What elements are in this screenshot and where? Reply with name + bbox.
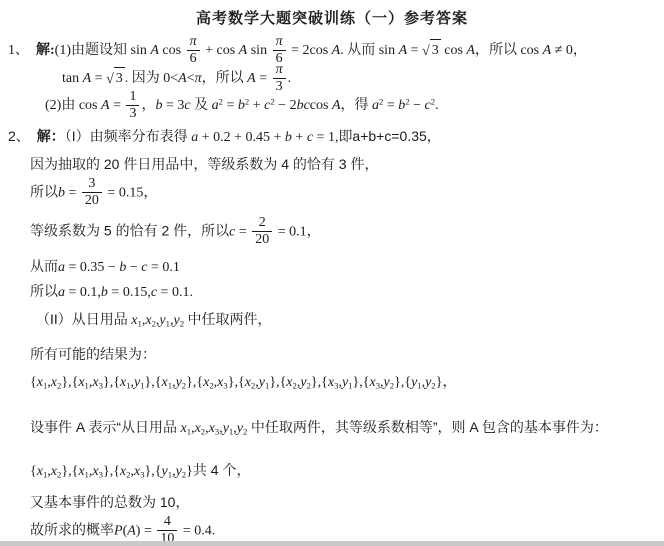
text-run: 中任取两件， [188, 311, 272, 327]
text-run: 共 4 个， [193, 462, 251, 478]
math-run: 20 [85, 193, 99, 208]
text-run: ， [573, 43, 587, 58]
text-line: 从而a = 0.35 − b − c = 0.1 [30, 256, 664, 278]
text-run: 设事件 A 表示“从日用品 [30, 419, 177, 435]
math-run: tan A = [62, 71, 106, 86]
math-run: a + 0.2 + 0.45 + b + c = 1, [188, 130, 339, 145]
text-line: 所有可能的结果为： [30, 344, 664, 365]
text-line: 2、 解：（I）由频率分布表得 a + 0.2 + 0.45 + b + c =… [8, 126, 664, 148]
fraction: 320 [82, 177, 102, 209]
math-run: 4 [164, 514, 171, 529]
text-run: 中任取两件，其等级系数相等”，则 A 包含的基本事件为： [251, 419, 608, 435]
math-run: a2 = b2 + c2 − 2bccos A [212, 98, 341, 113]
math-run: cos A = [79, 98, 125, 113]
text-run: 又基本事件的总数为 10， [30, 494, 189, 510]
math-run: = 0.1 [274, 225, 306, 240]
math-run: x1,x2,y1,y2 [128, 313, 188, 328]
text-line: 设事件 A 表示“从日用品 x1,x2,x3,y1,y2 中任取两件，其等级系数… [30, 417, 664, 443]
text-line: (2)由 cos A = 13，b = 3c 及 a2 = b2 + c2 − … [45, 90, 664, 122]
document-page: 高考数学大题突破训练（一）参考答案 1、 解:(1)由题设知 sin A cos… [0, 0, 664, 546]
text-run: （I）由频率分布表得 [65, 128, 188, 144]
text-run: 及 [191, 98, 212, 113]
text-run: 解： [37, 128, 65, 144]
math-run: = 2cos A. [288, 43, 348, 58]
text-run: 等级系数为 5 的恰有 2 件，所以 [30, 223, 229, 239]
text-run: 从而 [347, 43, 379, 58]
math-run: {x1,x2},{x1,x3},{x2,x3},{y1,y2} [30, 464, 193, 479]
text-run: ，得 [341, 98, 373, 113]
math-run: P(A) = [114, 524, 155, 539]
radical-sign: √ [422, 41, 430, 62]
math-run: x1,x2,x3,y1,y2 [177, 421, 251, 436]
math-run: sin A cos [131, 43, 185, 58]
math-run: π [276, 62, 283, 77]
text-run: 解: [36, 43, 55, 58]
text-line: （II）从日用品 x1,x2,y1,y2 中任取两件， [36, 309, 664, 335]
text-run: ， [143, 183, 157, 199]
math-run: 3 [129, 106, 136, 121]
document-title: 高考数学大题突破训练（一）参考答案 [0, 8, 664, 29]
math-run: cos A [441, 43, 475, 58]
fraction: 13 [126, 90, 139, 122]
text-run: ，所以 [475, 43, 521, 58]
text-line: 因为抽取的 20 件日用品中，等级系数为 4 的恰有 3 件， [30, 154, 664, 175]
sqrt-expression: √3 [422, 43, 441, 58]
math-run: . [125, 71, 132, 86]
math-run: A = [247, 71, 270, 86]
text-run: 因为抽取的 20 件日用品中，等级系数为 4 的恰有 3 件， [30, 156, 378, 172]
text-run: 因为 [132, 71, 164, 86]
math-run: 3 [432, 43, 439, 58]
text-run: ， [307, 223, 321, 239]
text-run: ， [442, 373, 456, 389]
math-run: π [190, 34, 197, 49]
math-run: sin A = [379, 43, 422, 58]
text-line: {x1,x2},{x1,x3},{x2,x3},{y1,y2}共 4 个， [30, 460, 664, 486]
math-run: 3 [88, 176, 95, 191]
text-run: 1、 [8, 43, 36, 58]
text-line: 1、 解:(1)由题设知 sin A cos π6 + cos A sin π6… [8, 35, 664, 67]
math-run: + cos A sin [202, 43, 271, 58]
math-run: 1 [129, 89, 136, 104]
fraction: 220 [252, 216, 272, 248]
text-run: （II）从日用品 [36, 311, 128, 327]
math-run: = 0.15 [104, 185, 143, 200]
text-line: 所以b = 320 = 0.15， [30, 177, 664, 209]
math-run: π [276, 34, 283, 49]
text-run: 2、 [8, 128, 37, 144]
document-body: 1、 解:(1)由题设知 sin A cos π6 + cos A sin π6… [0, 35, 664, 546]
math-run: c = [229, 225, 250, 240]
fraction: π6 [187, 35, 200, 67]
text-run: 从而 [30, 258, 58, 274]
text-line: 又基本事件的总数为 10， [30, 492, 664, 513]
math-run: 20 [255, 232, 269, 247]
text-run: 故所求的概率 [30, 522, 114, 538]
text-run: (2)由 [45, 98, 79, 113]
text-run: 所以 [30, 283, 58, 299]
text-run: (1)由题设知 [55, 43, 131, 58]
math-run: a2 = b2 − c2. [372, 98, 439, 113]
math-run: = 0.4. [179, 524, 215, 539]
math-run: cos A ≠ 0 [520, 43, 572, 58]
math-run: b = [58, 185, 80, 200]
text-line: 所以a = 0.1,b = 0.15,c = 0.1. [30, 281, 664, 303]
math-run: 0<A<π [163, 71, 201, 86]
math-run: b = 3c [155, 98, 190, 113]
math-run: {x1,x2},{x1,x3},{x1,y1},{x1,y2},{x2,x3},… [30, 375, 442, 390]
math-run: a = 0.1,b = 0.15,c = 0.1. [58, 285, 193, 300]
text-line: 等级系数为 5 的恰有 2 件，所以c = 220 = 0.1， [30, 216, 664, 248]
math-run: . [288, 71, 292, 86]
text-run: 所有可能的结果为： [30, 346, 156, 362]
math-run: 2 [259, 215, 266, 230]
sqrt-expression: √3 [106, 71, 125, 86]
text-run: 即a+b+c=0.35， [338, 128, 440, 144]
math-run: a = 0.35 − b − c = 0.1 [58, 260, 180, 275]
math-run: 3 [116, 71, 123, 86]
text-run: ，所以 [202, 71, 248, 86]
radical-sign: √ [106, 69, 114, 90]
page-bottom-edge [0, 541, 664, 546]
text-run: 所以 [30, 183, 58, 199]
text-line: {x1,x2},{x1,x3},{x1,y1},{x1,y2},{x2,x3},… [30, 371, 664, 397]
text-run: ， [141, 98, 155, 113]
